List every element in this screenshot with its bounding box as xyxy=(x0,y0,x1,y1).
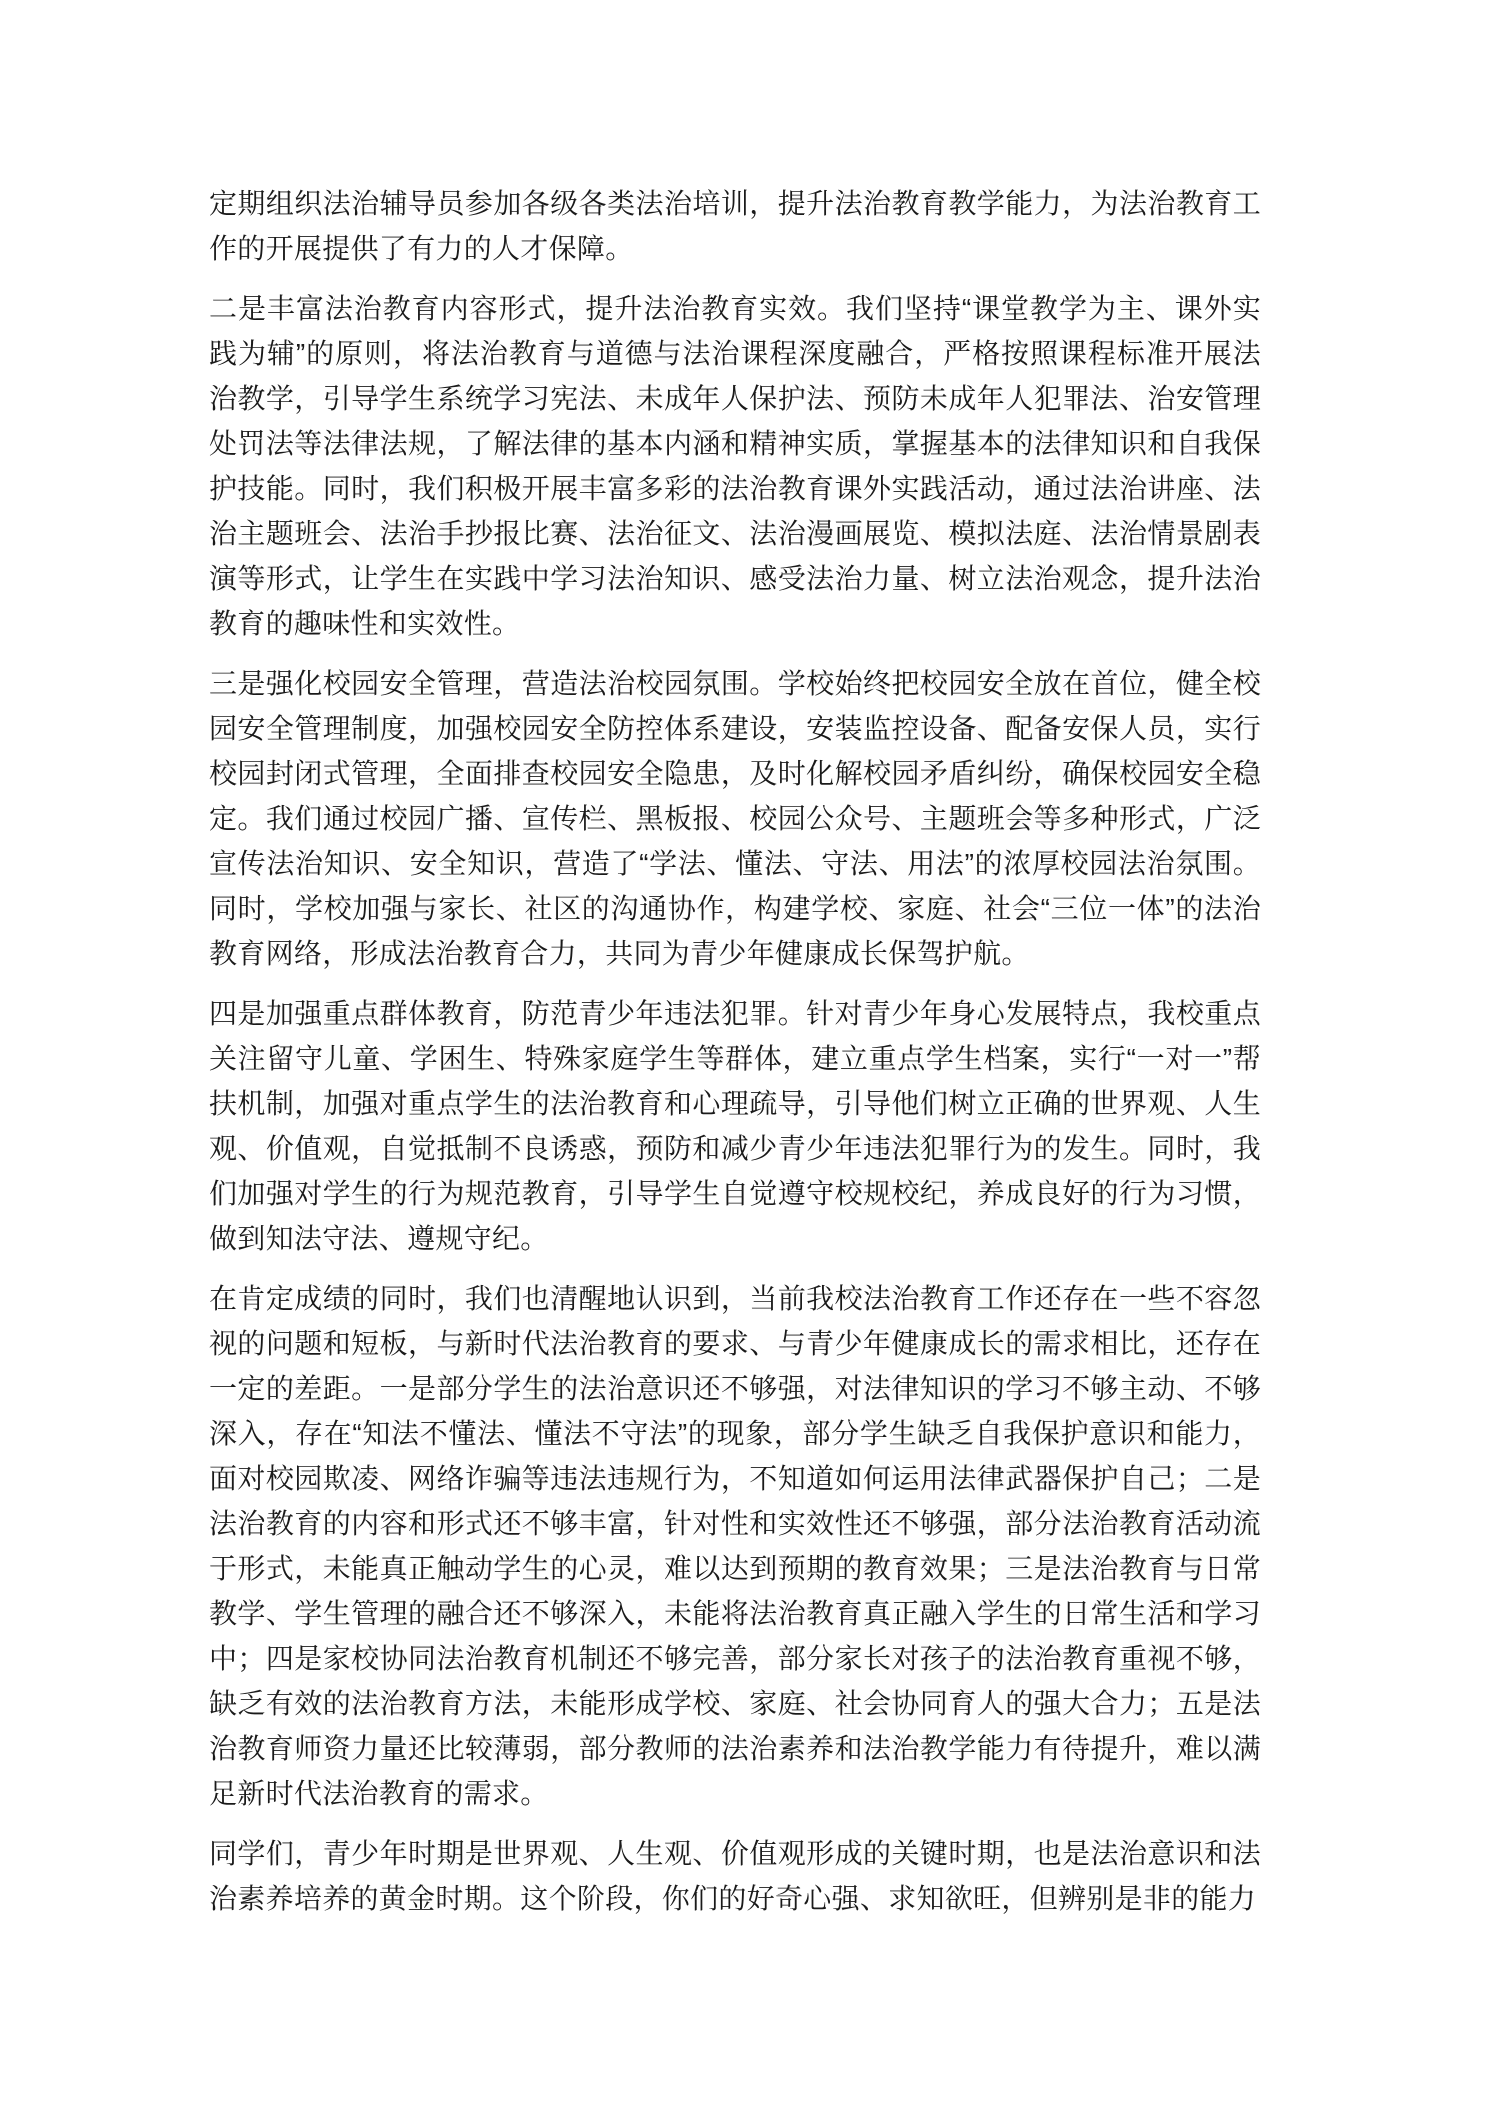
paragraph-3: 三是强化校园安全管理，营造法治校园氛围。学校始终把校园安全放在首位，健全校园安全… xyxy=(209,661,1261,976)
paragraph-2: 二是丰富法治教育内容形式，提升法治教育实效。我们坚持“课堂教学为主、课外实践为辅… xyxy=(209,286,1261,646)
paragraph-1: 定期组织法治辅导员参加各级各类法治培训，提升法治教育教学能力，为法治教育工作的开… xyxy=(209,181,1261,271)
paragraph-6: 同学们，青少年时期是世界观、人生观、价值观形成的关键时期，也是法治意识和法治素养… xyxy=(209,1831,1261,1921)
document-page: 定期组织法治辅导员参加各级各类法治培训，提升法治教育教学能力，为法治教育工作的开… xyxy=(0,0,1493,2112)
paragraph-4: 四是加强重点群体教育，防范青少年违法犯罪。针对青少年身心发展特点，我校重点关注留… xyxy=(209,991,1261,1261)
paragraph-5: 在肯定成绩的同时，我们也清醒地认识到，当前我校法治教育工作还存在一些不容忽视的问… xyxy=(209,1276,1261,1816)
document-body-text: 定期组织法治辅导员参加各级各类法治培训，提升法治教育教学能力，为法治教育工作的开… xyxy=(209,181,1261,1921)
